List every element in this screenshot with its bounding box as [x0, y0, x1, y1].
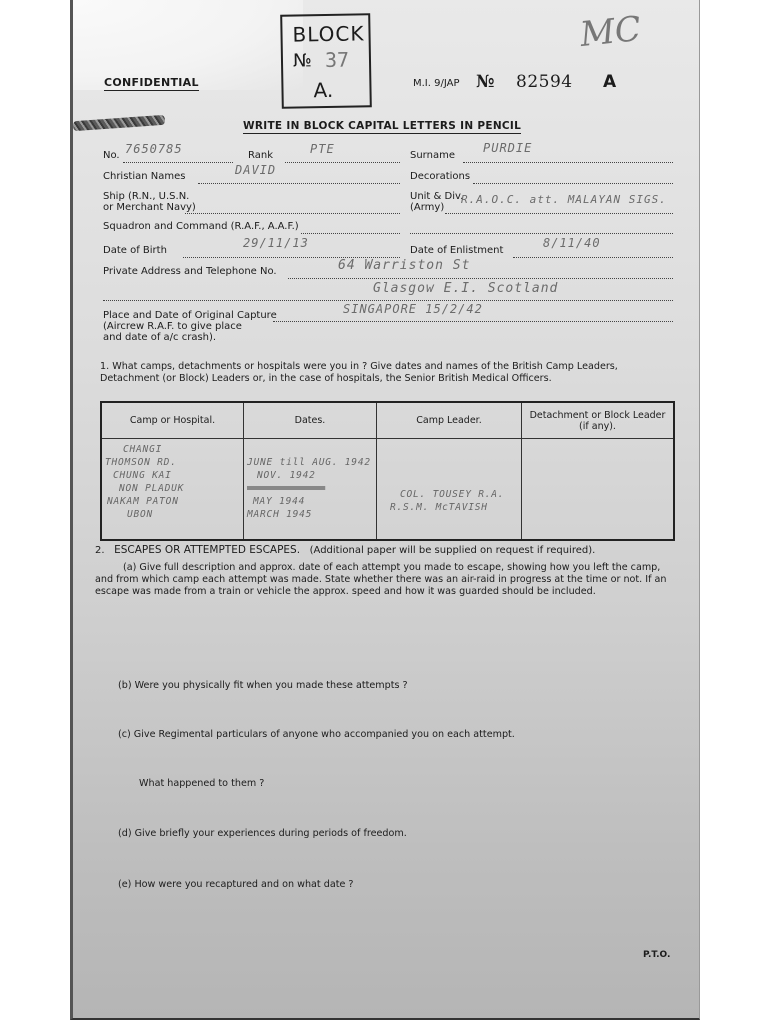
rank-value[interactable]: PTE — [310, 142, 335, 156]
dob-label: Date of Birth — [103, 245, 167, 256]
address-line-1[interactable]: 64 Warriston St — [338, 258, 470, 273]
address-field-line-2 — [103, 300, 673, 301]
col-detachment-header: Detachment or Block Leader (if any). — [522, 402, 675, 439]
question-e: (e) How were you recaptured and on what … — [118, 879, 354, 891]
section2-note: (Additional paper will be supplied on re… — [310, 545, 596, 556]
pto-label: P.T.O. — [643, 950, 670, 960]
question-a: (a) Give full description and approx. da… — [95, 562, 680, 598]
camp-leader-entry: R.S.M. McTAVISH — [380, 501, 518, 514]
camp-entry: UBON — [105, 508, 240, 521]
handwritten-initials: MC — [578, 9, 643, 55]
date-entry: MARCH 1945 — [247, 508, 373, 521]
address-label: Private Address and Telephone No. — [103, 266, 277, 277]
unit-field-line-2 — [410, 233, 673, 234]
binding-string — [73, 115, 165, 131]
section2-heading: 2. ESCAPES OR ATTEMPTED ESCAPES. (Additi… — [95, 544, 595, 556]
capture-value[interactable]: SINGAPORE 15/2/42 — [343, 302, 483, 316]
surname-field-line — [463, 162, 673, 163]
unit-label-2: (Army) — [410, 202, 444, 213]
serial-suffix: A — [603, 72, 616, 92]
camp-entry: CHUNG KAI — [105, 469, 240, 482]
unit-field-line — [445, 213, 673, 214]
stamp-letter: A. — [313, 78, 333, 102]
col-dates-header: Dates. — [244, 402, 377, 439]
address-field-line-1 — [288, 278, 673, 279]
camp-entry: THOMSON RD. — [105, 456, 240, 469]
squadron-label: Squadron and Command (R.A.F., A.A.F.) — [103, 221, 299, 232]
number-symbol: № — [476, 72, 494, 92]
surname-value[interactable]: PURDIE — [483, 141, 532, 155]
classification-label: CONFIDENTIAL — [104, 76, 199, 91]
capture-field-line — [273, 321, 673, 322]
document-page: CONFIDENTIAL BLOCK № 37 A. MC M.I. 9/JAP… — [70, 0, 700, 1020]
section1-question: 1. What camps, detachments or hospitals … — [100, 361, 678, 385]
stamp-no-value: 37 — [325, 48, 350, 72]
ship-label-1: Ship (R.N., U.S.N. — [103, 191, 189, 202]
ship-label-2: or Merchant Navy) — [103, 202, 196, 213]
rank-field-line — [285, 162, 400, 163]
instruction-heading: WRITE IN BLOCK CAPITAL LETTERS IN PENCIL — [243, 120, 521, 134]
camp-cell[interactable]: CHANGI THOMSON RD. CHUNG KAI NON PLADUK … — [101, 439, 244, 541]
stamp-block-text: BLOCK — [292, 21, 364, 46]
date-entry-struck — [247, 482, 373, 495]
decorations-field-line — [473, 183, 673, 184]
number-field-line — [123, 162, 233, 163]
unit-value[interactable]: R.A.O.C. att. MALAYAN SIGS. — [461, 193, 667, 206]
christian-names-field-line — [198, 183, 400, 184]
dob-value[interactable]: 29/11/13 — [243, 236, 309, 250]
christian-names-label: Christian Names — [103, 171, 185, 182]
capture-label-3: and date of a/c crash). — [103, 332, 216, 343]
detachment-leader-cell[interactable] — [522, 439, 675, 541]
number-label: No. — [103, 150, 120, 161]
capture-label-1: Place and Date of Original Capture — [103, 310, 277, 321]
date-entry: JUNE till AUG. 1942 — [247, 456, 373, 469]
camp-entry: NON PLADUK — [105, 482, 240, 495]
capture-label-2: (Aircrew R.A.F. to give place — [103, 321, 242, 332]
camp-leader-entry: COL. TOUSEY R.A. — [380, 482, 518, 501]
camps-table: Camp or Hospital. Dates. Camp Leader. De… — [100, 401, 675, 541]
unit-label-1: Unit & Div. — [410, 191, 463, 202]
rank-label: Rank — [248, 150, 273, 161]
question-b: (b) Were you physically fit when you mad… — [118, 680, 408, 692]
enlistment-value[interactable]: 8/11/40 — [543, 236, 601, 250]
number-value[interactable]: 7650785 — [125, 142, 183, 156]
camp-entry: CHANGI — [105, 443, 240, 456]
surname-label: Surname — [410, 150, 455, 161]
form-code: M.I. 9/JAP — [413, 78, 460, 89]
section2-title: ESCAPES OR ATTEMPTED ESCAPES. — [114, 544, 300, 556]
col-camp-leader-header: Camp Leader. — [377, 402, 522, 439]
stamp-no-label: № — [293, 50, 312, 71]
camp-entry: NAKAM PATON — [105, 495, 240, 508]
camp-leader-cell[interactable]: COL. TOUSEY R.A. R.S.M. McTAVISH — [377, 439, 522, 541]
serial-number: 82594 — [516, 72, 573, 92]
decorations-label: Decorations — [410, 171, 470, 182]
enlistment-field-line — [513, 257, 673, 258]
dates-cell[interactable]: JUNE till AUG. 1942 NOV. 1942 MAY 1944 M… — [244, 439, 377, 541]
col-camp-header: Camp or Hospital. — [101, 402, 244, 439]
question-c: (c) Give Regimental particulars of anyon… — [118, 729, 515, 741]
block-stamp: BLOCK № 37 A. — [280, 13, 372, 109]
squadron-field-line — [301, 233, 400, 234]
christian-names-value[interactable]: DAVID — [235, 163, 276, 177]
address-line-2[interactable]: Glasgow E.I. Scotland — [373, 281, 558, 296]
question-c-followup: What happened to them ? — [139, 778, 264, 790]
section2-number: 2. — [95, 545, 105, 556]
date-entry: MAY 1944 — [247, 495, 373, 508]
ship-field-line — [185, 213, 400, 214]
enlistment-label: Date of Enlistment — [410, 245, 503, 256]
date-entry: NOV. 1942 — [247, 469, 373, 482]
question-d: (d) Give briefly your experiences during… — [118, 828, 407, 840]
